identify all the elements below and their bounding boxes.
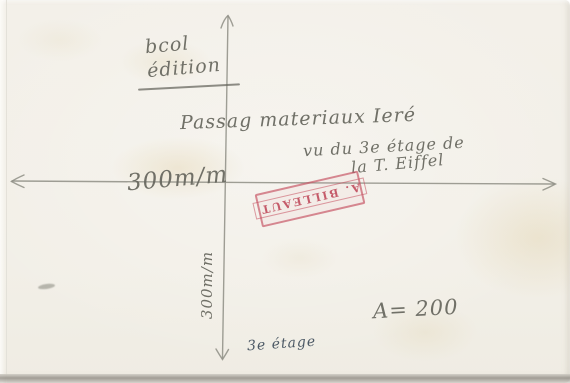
paper-bottom-edge xyxy=(0,374,570,383)
height-dimension-label: 300m/m xyxy=(198,241,216,329)
scale-note: A= 200 xyxy=(372,295,459,323)
edition-note: bcol édition xyxy=(144,29,222,83)
horizontal-crop-line xyxy=(12,181,554,184)
arrowhead-up-icon xyxy=(221,16,233,29)
photo-verso: bcol édition Passag materiaux Ieré vu du… xyxy=(0,0,570,383)
